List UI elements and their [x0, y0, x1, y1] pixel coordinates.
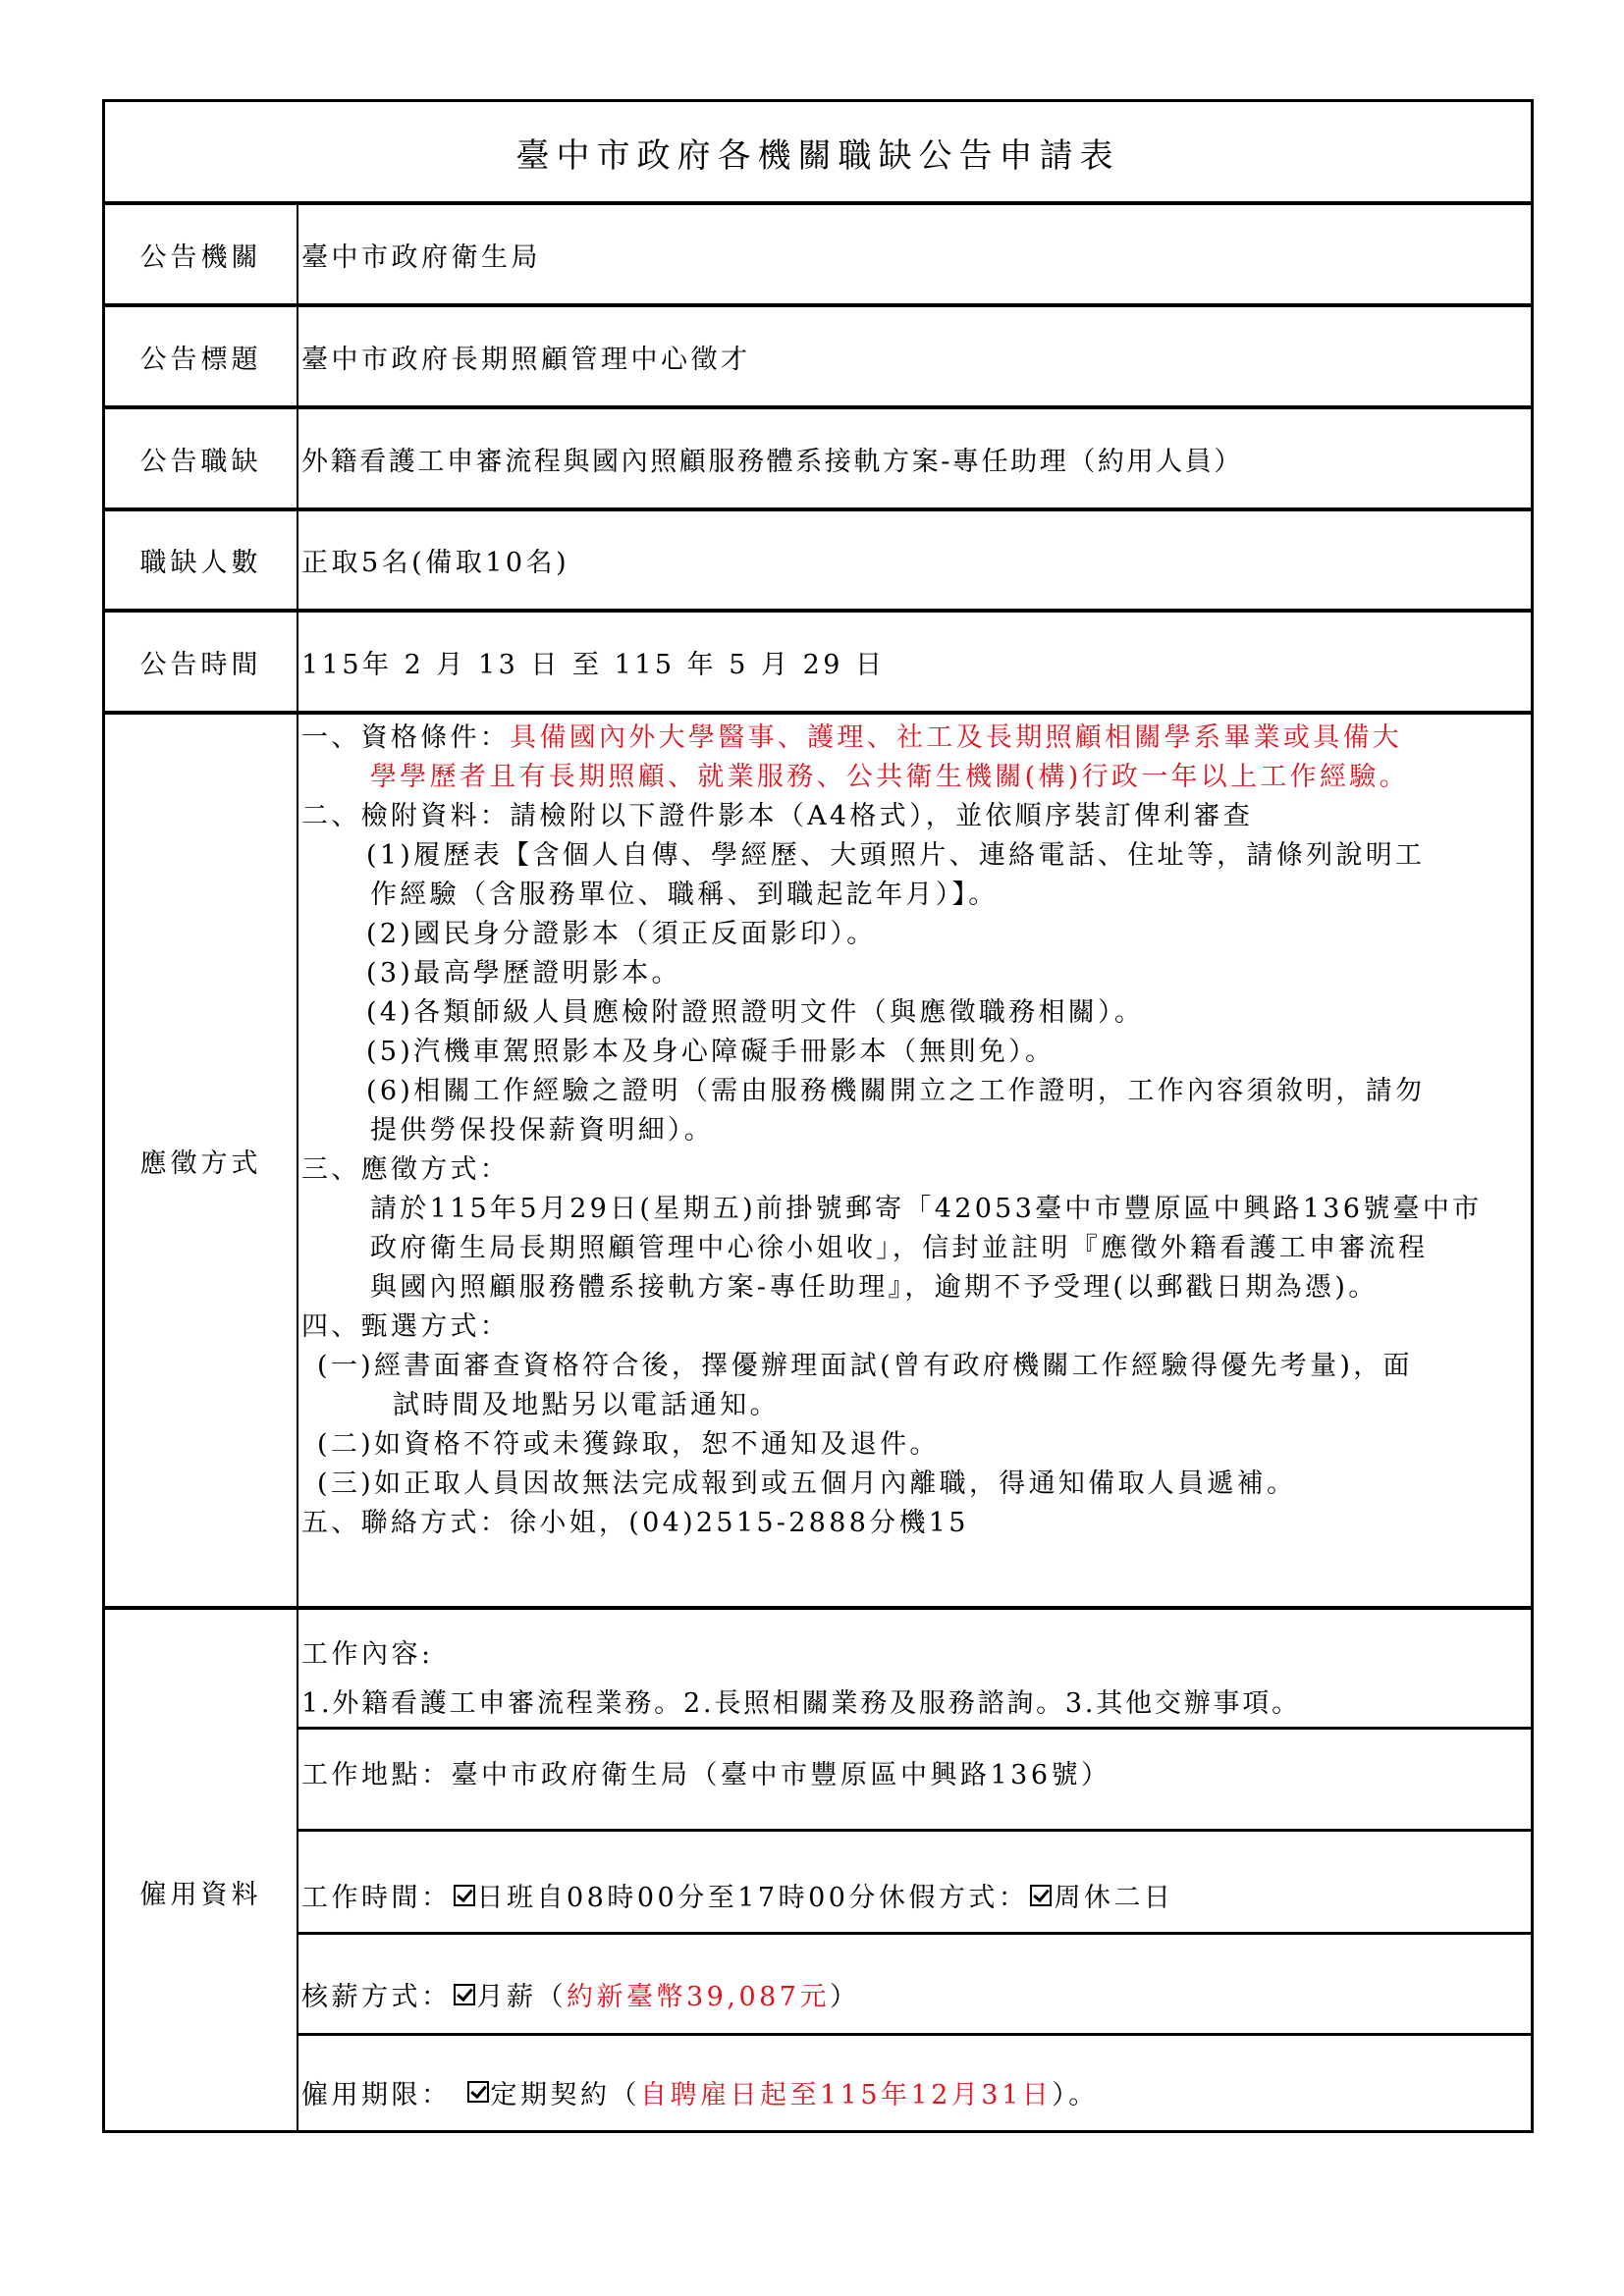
- label-headcount: 職缺人數: [105, 509, 297, 611]
- column-divider: [297, 203, 298, 2130]
- label-position: 公告職缺: [105, 407, 297, 509]
- term-label: 僱用期限：: [301, 2073, 452, 2111]
- job-content-value: 1.外籍看護工申審流程業務。2.長照相關業務及服務諮詢。3.其他交辦事項。: [301, 1684, 1527, 1724]
- method-line: 請於115年5月29日(星期五)前掛號郵寄「42053臺中市豐原區中興路136號…: [370, 1190, 1482, 1229]
- selection-line: (一)經書面審查資格符合後，擇優辦理面試(曾有政府機關工作經驗得優先考量)，面: [317, 1347, 1413, 1386]
- documents-line: 二、檢附資料：請檢附以下證件影本（A4格式），並依順序裝訂俾利審查: [301, 797, 1253, 836]
- value-agency: 臺中市政府衛生局: [301, 203, 1527, 305]
- two-days-off-checkbox-icon[interactable]: [1030, 1885, 1052, 1906]
- documents-line: 提供勞保投保薪資明細）。: [370, 1111, 714, 1150]
- work-location: 工作地點：臺中市政府衛生局（臺中市豐原區中興路136號）: [301, 1731, 1527, 1831]
- documents-line: (5)汽機車駕照影本及身心障礙手冊影本（無則免）。: [366, 1033, 1055, 1072]
- hours-value: 日班自08時00分至17時00分休假方式：: [477, 1876, 1029, 1914]
- monthly-salary-checkbox-icon[interactable]: [454, 1984, 475, 2005]
- holiday-value: 周休二日: [1054, 1876, 1173, 1914]
- label-agency: 公告機關: [105, 203, 297, 305]
- selection-line: (二)如資格不符或未獲錄取，恕不通知及退件。: [317, 1425, 940, 1465]
- hours-label: 工作時間：: [301, 1876, 452, 1914]
- documents-line: (3)最高學歷證明影本。: [366, 954, 681, 993]
- value-subject: 臺中市政府長期照顧管理中心徵才: [301, 305, 1527, 407]
- qualification-line: 學學歷者且有長期照顧、就業服務、公共衛生機關(構)行政一年以上工作經驗。: [370, 758, 1409, 797]
- method-line: 三、應徵方式：: [301, 1150, 510, 1190]
- salary-label: 核薪方式：: [301, 1975, 452, 2013]
- documents-line: (2)國民身分證影本（須正反面影印）。: [366, 915, 876, 954]
- selection-line: (三)如正取人員因故無法完成報到或五個月內離職，得通知備取人員遞補。: [317, 1465, 1296, 1504]
- job-announcement-form-table: 臺中市政府各機關職缺公告申請表 公告機關 臺中市政府衛生局 公告標題 臺中市政府…: [102, 99, 1534, 2133]
- selection-line: 試時間及地點另以電話通知。: [393, 1386, 780, 1425]
- salary-amount: 約新臺幣39,087元: [567, 1975, 830, 2013]
- label-application: 應徵方式: [105, 713, 297, 1608]
- salary: 核薪方式：月薪（約新臺幣39,087元）: [301, 1936, 1527, 2035]
- method-line: 政府衛生局長期照顧管理中心徐小姐收」，信封並註明『應徵外籍看護工申審流程: [370, 1229, 1428, 1268]
- job-content-label: 工作內容:: [301, 1635, 1527, 1675]
- selection-line: 四、甄選方式：: [301, 1308, 510, 1347]
- form-title: 臺中市政府各機關職缺公告申請表: [105, 102, 1531, 203]
- documents-line: 作經驗（含服務單位、職稱、到職起訖年月）】。: [370, 876, 999, 915]
- application-details: 一、資格條件：具備國內外大學醫事、護理、社工及長期照顧相關學系畢業或具備大 學學…: [299, 719, 1527, 1602]
- work-hours: 工作時間：日班自08時00分至17時00分休假方式：周休二日: [301, 1833, 1527, 1934]
- document-page: 臺中市政府各機關職缺公告申請表 公告機關 臺中市政府衛生局 公告標題 臺中市政府…: [0, 0, 1624, 2296]
- divider: [105, 1606, 1531, 1610]
- method-line: 與國內照顧服務體系接軌方案-專任助理』，逾期不予受理(以郵戳日期為憑)。: [370, 1268, 1379, 1308]
- value-headcount: 正取5名(備取10名): [301, 509, 1527, 611]
- salary-type: 月薪（: [477, 1975, 568, 2013]
- day-shift-checkbox-icon[interactable]: [454, 1885, 475, 1906]
- value-position: 外籍看護工申審流程與國內照顧服務體系接軌方案-專任助理（約用人員）: [301, 407, 1527, 509]
- term-range: 自聘雇日起至115年12月31日: [640, 2073, 1052, 2111]
- qualification-line: 一、資格條件：具備國內外大學醫事、護理、社工及長期照顧相關學系畢業或具備大: [301, 719, 1402, 758]
- documents-line: (1)履歷表【含個人自傳、學經歷、大頭照片、連絡電話、住址等，請條列說明工: [366, 836, 1425, 876]
- documents-line: (4)各類師級人員應檢附證照證明文件（與應徵職務相關）。: [366, 993, 1144, 1033]
- label-period: 公告時間: [105, 611, 297, 713]
- term-type: 定期契約（: [491, 2073, 641, 2111]
- value-period: 115年 2 月 13 日 至 115 年 5 月 29 日: [301, 611, 1527, 713]
- employment-term: 僱用期限：定期契約（自聘雇日起至115年12月31日）。: [301, 2037, 1527, 2133]
- fixed-term-checkbox-icon[interactable]: [467, 2081, 489, 2103]
- label-subject: 公告標題: [105, 305, 297, 407]
- sub-divider: [298, 1727, 1531, 1730]
- contact-line: 五、聯絡方式：徐小姐，(04)2515-2888分機15: [301, 1504, 969, 1543]
- documents-line: (6)相關工作經驗之證明（需由服務機關開立之工作證明，工作內容須敘明，請勿: [366, 1072, 1425, 1111]
- label-employment: 僱用資料: [105, 1608, 297, 2133]
